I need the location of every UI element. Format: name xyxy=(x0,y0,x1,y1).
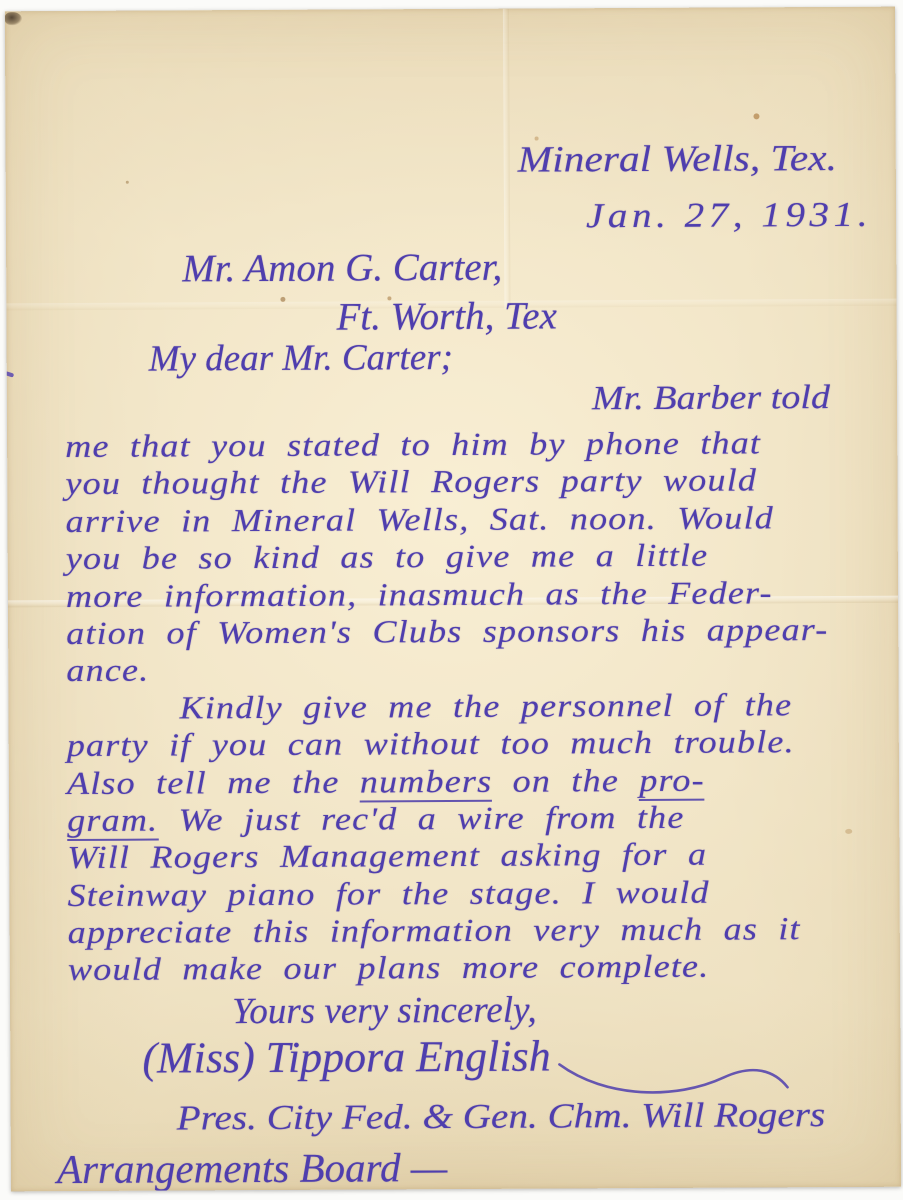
paper-speck xyxy=(753,113,759,119)
closing: Yours very sincerely, xyxy=(232,989,537,1034)
body-text-segment: on the xyxy=(492,762,639,799)
underlined-word: gram. xyxy=(67,801,158,840)
corner-smudge xyxy=(5,12,22,25)
underlined-word: numbers xyxy=(360,762,493,802)
salutation: My dear Mr. Carter; xyxy=(149,336,453,381)
body-text-segment: appreciate this information very much as… xyxy=(68,910,801,950)
body-line: Steinway piano for the stage. I would xyxy=(67,872,901,914)
body-line: appreciate this information very much as… xyxy=(68,909,901,951)
body-text-segment: Steinway piano for the stage. I would xyxy=(67,873,709,912)
body-line: would make our plans more complete. xyxy=(68,946,901,988)
body-line: arrive in Mineral Wells, Sat. noon. Woul… xyxy=(65,498,901,540)
body-text-segment: arrive in Mineral Wells, Sat. noon. Woul… xyxy=(65,499,774,539)
body-line: Also tell me the numbers on the pro- xyxy=(67,760,901,802)
recipient-name: Mr. Amon G. Carter, xyxy=(182,245,502,292)
letter-paper: Mineral Wells, Tex. Jan. 27, 1931. Mr. A… xyxy=(5,7,901,1192)
body-text-segment: party if you can without too much troubl… xyxy=(67,723,795,763)
body-opening-phrase: Mr. Barber told xyxy=(592,379,830,418)
body-line: ation of Women's Clubs sponsors his appe… xyxy=(66,610,901,652)
body-line: Kindly give me the personnel of the xyxy=(66,685,901,727)
dateline-date: Jan. 27, 1931. xyxy=(586,195,872,236)
body-text-segment: ation of Women's Clubs sponsors his appe… xyxy=(66,611,828,651)
body-line: you be so kind as to give me a little xyxy=(66,535,901,577)
body-line: Will Rogers Management asking for a xyxy=(67,834,901,876)
body-text-segment: Also tell me the xyxy=(67,763,360,801)
body-line: more information, inasmuch as the Feder- xyxy=(66,573,901,615)
scanned-letter: Mineral Wells, Tex. Jan. 27, 1931. Mr. A… xyxy=(0,0,903,1200)
signature-name: (Miss) Tippora English xyxy=(142,1030,551,1083)
body-text-segment: you thought the Will Rogers party would xyxy=(65,462,757,502)
underlined-word: pro- xyxy=(639,761,705,800)
ink-mark xyxy=(5,371,14,378)
body-text-segment: Will Rogers Management asking for a xyxy=(67,836,707,875)
body-line: me that you stated to him by phone that xyxy=(65,423,901,465)
paper-speck xyxy=(280,297,285,302)
scan-background: { "letter": { "ink_color": "#4f3eae", "p… xyxy=(0,0,903,1200)
body-line: gram. We just rec'd a wire from the xyxy=(67,797,901,839)
body-text-segment: We just rec'd a wire from the xyxy=(158,799,684,838)
body-line: ance. xyxy=(66,647,901,689)
fold-crease-vertical xyxy=(503,9,511,309)
body-text-segment: would make our plans more complete. xyxy=(68,948,710,987)
signature-title-line1: Pres. City Fed. & Gen. Chm. Will Rogers xyxy=(177,1095,826,1138)
body-line: you thought the Will Rogers party would xyxy=(65,460,901,502)
recipient-city: Ft. Worth, Tex xyxy=(336,293,557,339)
signature-title-line2: Arrangements Board — xyxy=(57,1143,447,1191)
body-text-segment: ance. xyxy=(66,652,149,688)
dateline-place: Mineral Wells, Tex. xyxy=(518,137,837,182)
body-text-segment: you be so kind as to give me a little xyxy=(66,537,709,576)
paper-speck xyxy=(126,181,129,184)
body-text-segment: me that you stated to him by phone that xyxy=(65,424,761,464)
body-line: party if you can without too much troubl… xyxy=(67,722,901,764)
body-text-segment: Kindly give me the personnel of the xyxy=(179,686,792,725)
body-text-segment: more information, inasmuch as the Feder- xyxy=(66,574,773,614)
body-lines: me that you stated to him by phone thaty… xyxy=(65,424,901,989)
